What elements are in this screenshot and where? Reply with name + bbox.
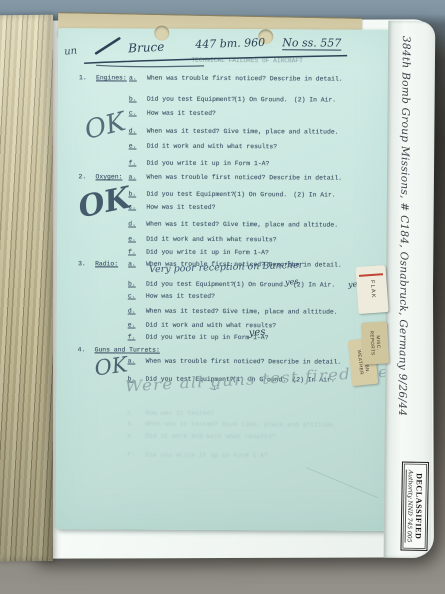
typed-label: Engines:	[96, 74, 127, 81]
typed-letter: e.	[129, 142, 137, 149]
typed-label: Radio:	[95, 260, 118, 267]
typed-text: How was it tested?	[147, 110, 216, 117]
paper-stack	[0, 15, 53, 562]
typed-line: f.Did you write it up in Form 1-A?	[57, 248, 395, 260]
typed-text: When was it tested? Give time, place and…	[146, 308, 338, 316]
ghost-text: Did it work and with what results?	[145, 433, 275, 441]
declassified-stamp-authority: Authority NND 745 005	[405, 470, 414, 543]
typed-text: When was it tested? Give time, place and…	[146, 221, 338, 229]
typed-line: e.Did it work and with what results?	[57, 235, 395, 247]
typed-text: Did you test Equipment?	[147, 96, 235, 104]
ghost-letter: e.	[127, 432, 135, 439]
typed-num: 1.	[79, 74, 87, 81]
punch-hole-left	[154, 26, 169, 41]
ghost-typed-line: f.Did you write it up in Form 1-A?	[56, 451, 394, 463]
typed-text: Did you test Equipment?	[146, 281, 234, 289]
declassified-stamp-title: DECLASSIFIED	[414, 473, 424, 539]
underline-stroke	[96, 65, 204, 67]
ghost-letter: d.	[127, 420, 135, 427]
ghost-text: When was it tested? Give time, place and…	[145, 421, 337, 429]
check-mark-stroke	[96, 38, 119, 53]
typed-c2: (2) In Air.	[293, 191, 335, 198]
typed-text: Did it work and with what results?	[146, 236, 276, 244]
ok-annotation-guns: OK	[93, 352, 129, 380]
typed-c1: (1) On Ground.	[233, 281, 287, 288]
typed-c1: (1) On Ground.	[234, 96, 288, 103]
ghost-letter: c.	[127, 409, 135, 416]
typed-text: When was trouble first noticed? Describe…	[146, 358, 342, 366]
typed-label: Oxygen:	[96, 173, 123, 180]
carbon-page: un Bruce 447 bm. 960 No ss. 557 TECHNICA…	[56, 28, 397, 531]
declassified-stamp: DECLASSIFIED Authority NND 745 005	[400, 462, 429, 551]
typed-text: Did you test Equipment?	[146, 191, 234, 199]
typed-letter: b.	[129, 95, 137, 102]
typed-num: 4.	[78, 346, 86, 353]
typed-line: f.Did you write it up in Form 1-A?	[57, 333, 395, 345]
typed-line: b.Did you test Equipment?(1) On Ground.(…	[57, 280, 395, 292]
typed-line: 1.Engines:a.When was trouble first notic…	[58, 74, 396, 86]
typed-letter: a.	[128, 357, 136, 364]
typed-line: e.Did it work and with what results?	[58, 142, 396, 154]
yes-form-handwriting: yes	[248, 327, 265, 339]
typed-text: Did you write it up in Form 1-A?	[147, 160, 270, 168]
typed-text: When was trouble first noticed? Describe…	[147, 174, 343, 182]
ghost-typed-line: e.Did it work and with what results?	[56, 432, 394, 444]
ok-annotation-oxygen: OK	[75, 180, 133, 225]
typed-num: 2.	[79, 173, 87, 180]
typed-letter: d.	[128, 220, 136, 227]
typed-label: Guns and Turrets:	[95, 346, 160, 353]
tab-misc-reports-label: MISC. REPORTS	[353, 329, 396, 357]
typed-letter: a.	[129, 74, 137, 81]
ghost-text: How was it tested?	[145, 410, 214, 417]
tab-flak-label: FLAK	[348, 273, 397, 306]
typed-line: f.Did you write it up in Form 1-A?	[58, 159, 396, 171]
typed-letter: a.	[128, 260, 136, 267]
typed-line: d.When was it tested? Give time, place a…	[57, 220, 395, 232]
typed-letter: a.	[129, 173, 137, 180]
typed-letter: e.	[128, 235, 136, 242]
header-scribble: un	[64, 46, 78, 58]
typed-text: When was it tested? Give time, place and…	[147, 128, 339, 136]
typed-c1: (1) On Ground.	[233, 191, 287, 198]
typed-text: When was trouble first noticed? Describe…	[147, 75, 343, 83]
typed-letter: f.	[128, 333, 136, 340]
typed-text: How was it tested?	[146, 204, 215, 211]
header-mission-numbers: 447 bm. 960	[195, 36, 265, 51]
typed-letter: f.	[129, 159, 137, 166]
typed-text: How was it tested?	[146, 293, 215, 300]
typed-letter: e.	[128, 321, 136, 328]
typed-num: 3.	[78, 260, 86, 267]
typed-text: Did it work and with what results?	[147, 143, 277, 151]
typed-c2: (2) In Air.	[293, 281, 335, 288]
typed-letter: d.	[129, 127, 137, 134]
page-crease	[306, 467, 378, 497]
typed-letter: f.	[128, 248, 136, 255]
ghost-typed-line: d.When was it tested? Give time, place a…	[56, 420, 394, 432]
tab-flak: FLAK	[355, 265, 388, 314]
typed-c2: (2) In Air.	[294, 96, 336, 103]
typed-letter: d.	[128, 307, 136, 314]
ghost-typed-line: c.How was it tested?	[56, 409, 394, 421]
yes-on-ground-handwriting: yes	[285, 277, 299, 287]
header-serial-number: No ss. 557	[282, 36, 341, 50]
typed-letter: b.	[128, 280, 136, 287]
typed-letter: c.	[128, 292, 136, 299]
tab-misc-reports: MISC. REPORTS	[361, 321, 389, 364]
folder-margin-handwriting: 384th Bomb Group Missions, # C184, Osnab…	[392, 36, 412, 354]
typed-line: d.When was it tested? Give time, place a…	[57, 307, 395, 319]
typed-text: Did you write it up in Form 1-A?	[146, 249, 269, 257]
ghost-letter: f.	[127, 451, 135, 458]
header-name-handwriting: Bruce	[128, 40, 165, 56]
ghost-text: Did you write it up in Form 1-A?	[145, 452, 268, 460]
typed-title-struck: TECHNICAL FAILURES OF AIRCRAFT	[144, 57, 350, 65]
photo-scene: un Bruce 447 bm. 960 No ss. 557 TECHNICA…	[0, 0, 445, 594]
typed-letter: c.	[129, 109, 137, 116]
typed-line: c.How was it tested?	[57, 292, 395, 304]
typed-line: b.Did you test Equipment?(1) On Ground.(…	[58, 95, 396, 107]
typed-line: e.Did it work and with what results?	[57, 321, 395, 333]
